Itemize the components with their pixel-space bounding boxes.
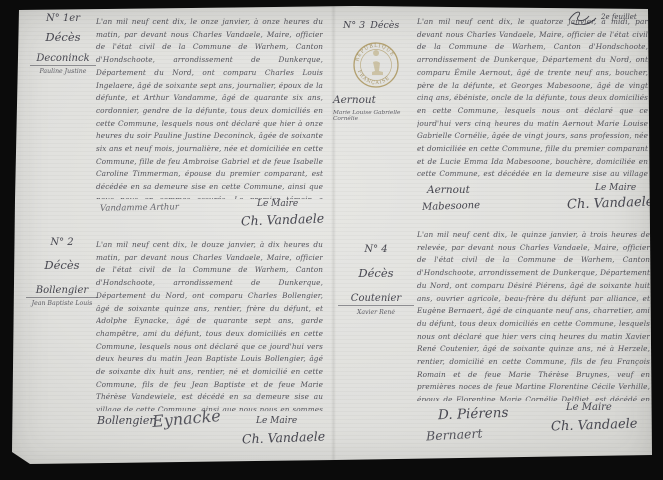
- deceased-given-names: Jean Baptiste Louis: [26, 300, 98, 307]
- mayor-signature: Ch. Vandaele: [567, 194, 654, 212]
- act-number: N° 1er: [30, 13, 96, 24]
- deceased-given-names: Pauline Justine: [30, 68, 96, 75]
- act-number: N° 3: [343, 20, 365, 31]
- witness-signature: Bernaert: [426, 426, 483, 444]
- act-body-entry-2: L'an mil neuf cent dix, le douze janvier…: [96, 239, 323, 411]
- deceased-surname: Coutenier: [338, 293, 414, 306]
- act-type-label: Décès: [26, 258, 98, 272]
- mayor-title: Le Maire: [256, 416, 297, 426]
- deceased-given-names: Xavier René: [338, 309, 414, 316]
- witness-signature: Aernout: [427, 184, 470, 196]
- margin-annotation-entry-4: N° 4 Décès Coutenier Xavier René: [338, 244, 414, 316]
- margin-deceased-name-entry-3: Aernout Marie Louise Gabrielle Cornélie: [333, 94, 417, 122]
- witness-signature: D. Piérens: [438, 405, 509, 423]
- mayor-title: Le Maire: [595, 183, 636, 193]
- mayor-signature: Ch. Vandaele: [551, 416, 638, 434]
- deceased-given-names: Marie Louise Gabrielle Cornélie: [333, 110, 417, 122]
- mayor-signature: Ch. Vandaele: [242, 429, 326, 447]
- page-gutter-crease: [331, 6, 336, 460]
- act-body-entry-3: L'an mil neuf cent dix, le quatorze janv…: [417, 16, 648, 182]
- witness-signature: Mabesoone: [422, 200, 480, 213]
- register-page-spread: 2e feuillet RÉPUBLIQUE FRANÇAISE N° 1er …: [0, 0, 663, 480]
- mayor-title: Le Maire: [566, 402, 612, 413]
- act-type-label: Décès: [338, 266, 414, 280]
- margin-annotation-entry-2: N° 2 Décès Bollengier Jean Baptiste Loui…: [26, 237, 98, 307]
- act-number: N° 4: [338, 244, 414, 255]
- act-body-entry-4: L'an mil neuf cent dix, le quinze janvie…: [417, 229, 650, 401]
- stamp-seated-figure-icon: [372, 50, 383, 75]
- register-scan: 2e feuillet RÉPUBLIQUE FRANÇAISE N° 1er …: [0, 0, 663, 480]
- official-round-stamp: RÉPUBLIQUE FRANÇAISE: [351, 39, 401, 91]
- deceased-surname: Aernout: [333, 94, 417, 107]
- margin-annotation-entry-1: N° 1er Décès Deconinck Pauline Justine: [30, 13, 96, 75]
- act-number: N° 2: [26, 237, 98, 248]
- deceased-surname: Deconinck: [30, 53, 96, 66]
- act-body-entry-1: L'an mil neuf cent dix, le onze janvier,…: [96, 16, 323, 199]
- witness-signature: Bollengier,: [97, 414, 157, 427]
- witness-signature: Vandamme Arthur: [100, 202, 179, 213]
- act-type-label: Décès: [370, 20, 399, 31]
- mayor-title: Le Maire: [257, 199, 298, 209]
- deceased-surname: Bollengier: [26, 285, 98, 298]
- mayor-signature: Ch. Vandaele: [241, 211, 325, 229]
- act-type-label: Décès: [30, 30, 96, 44]
- margin-annotation-entry-3: N° 3 Décès: [343, 13, 415, 32]
